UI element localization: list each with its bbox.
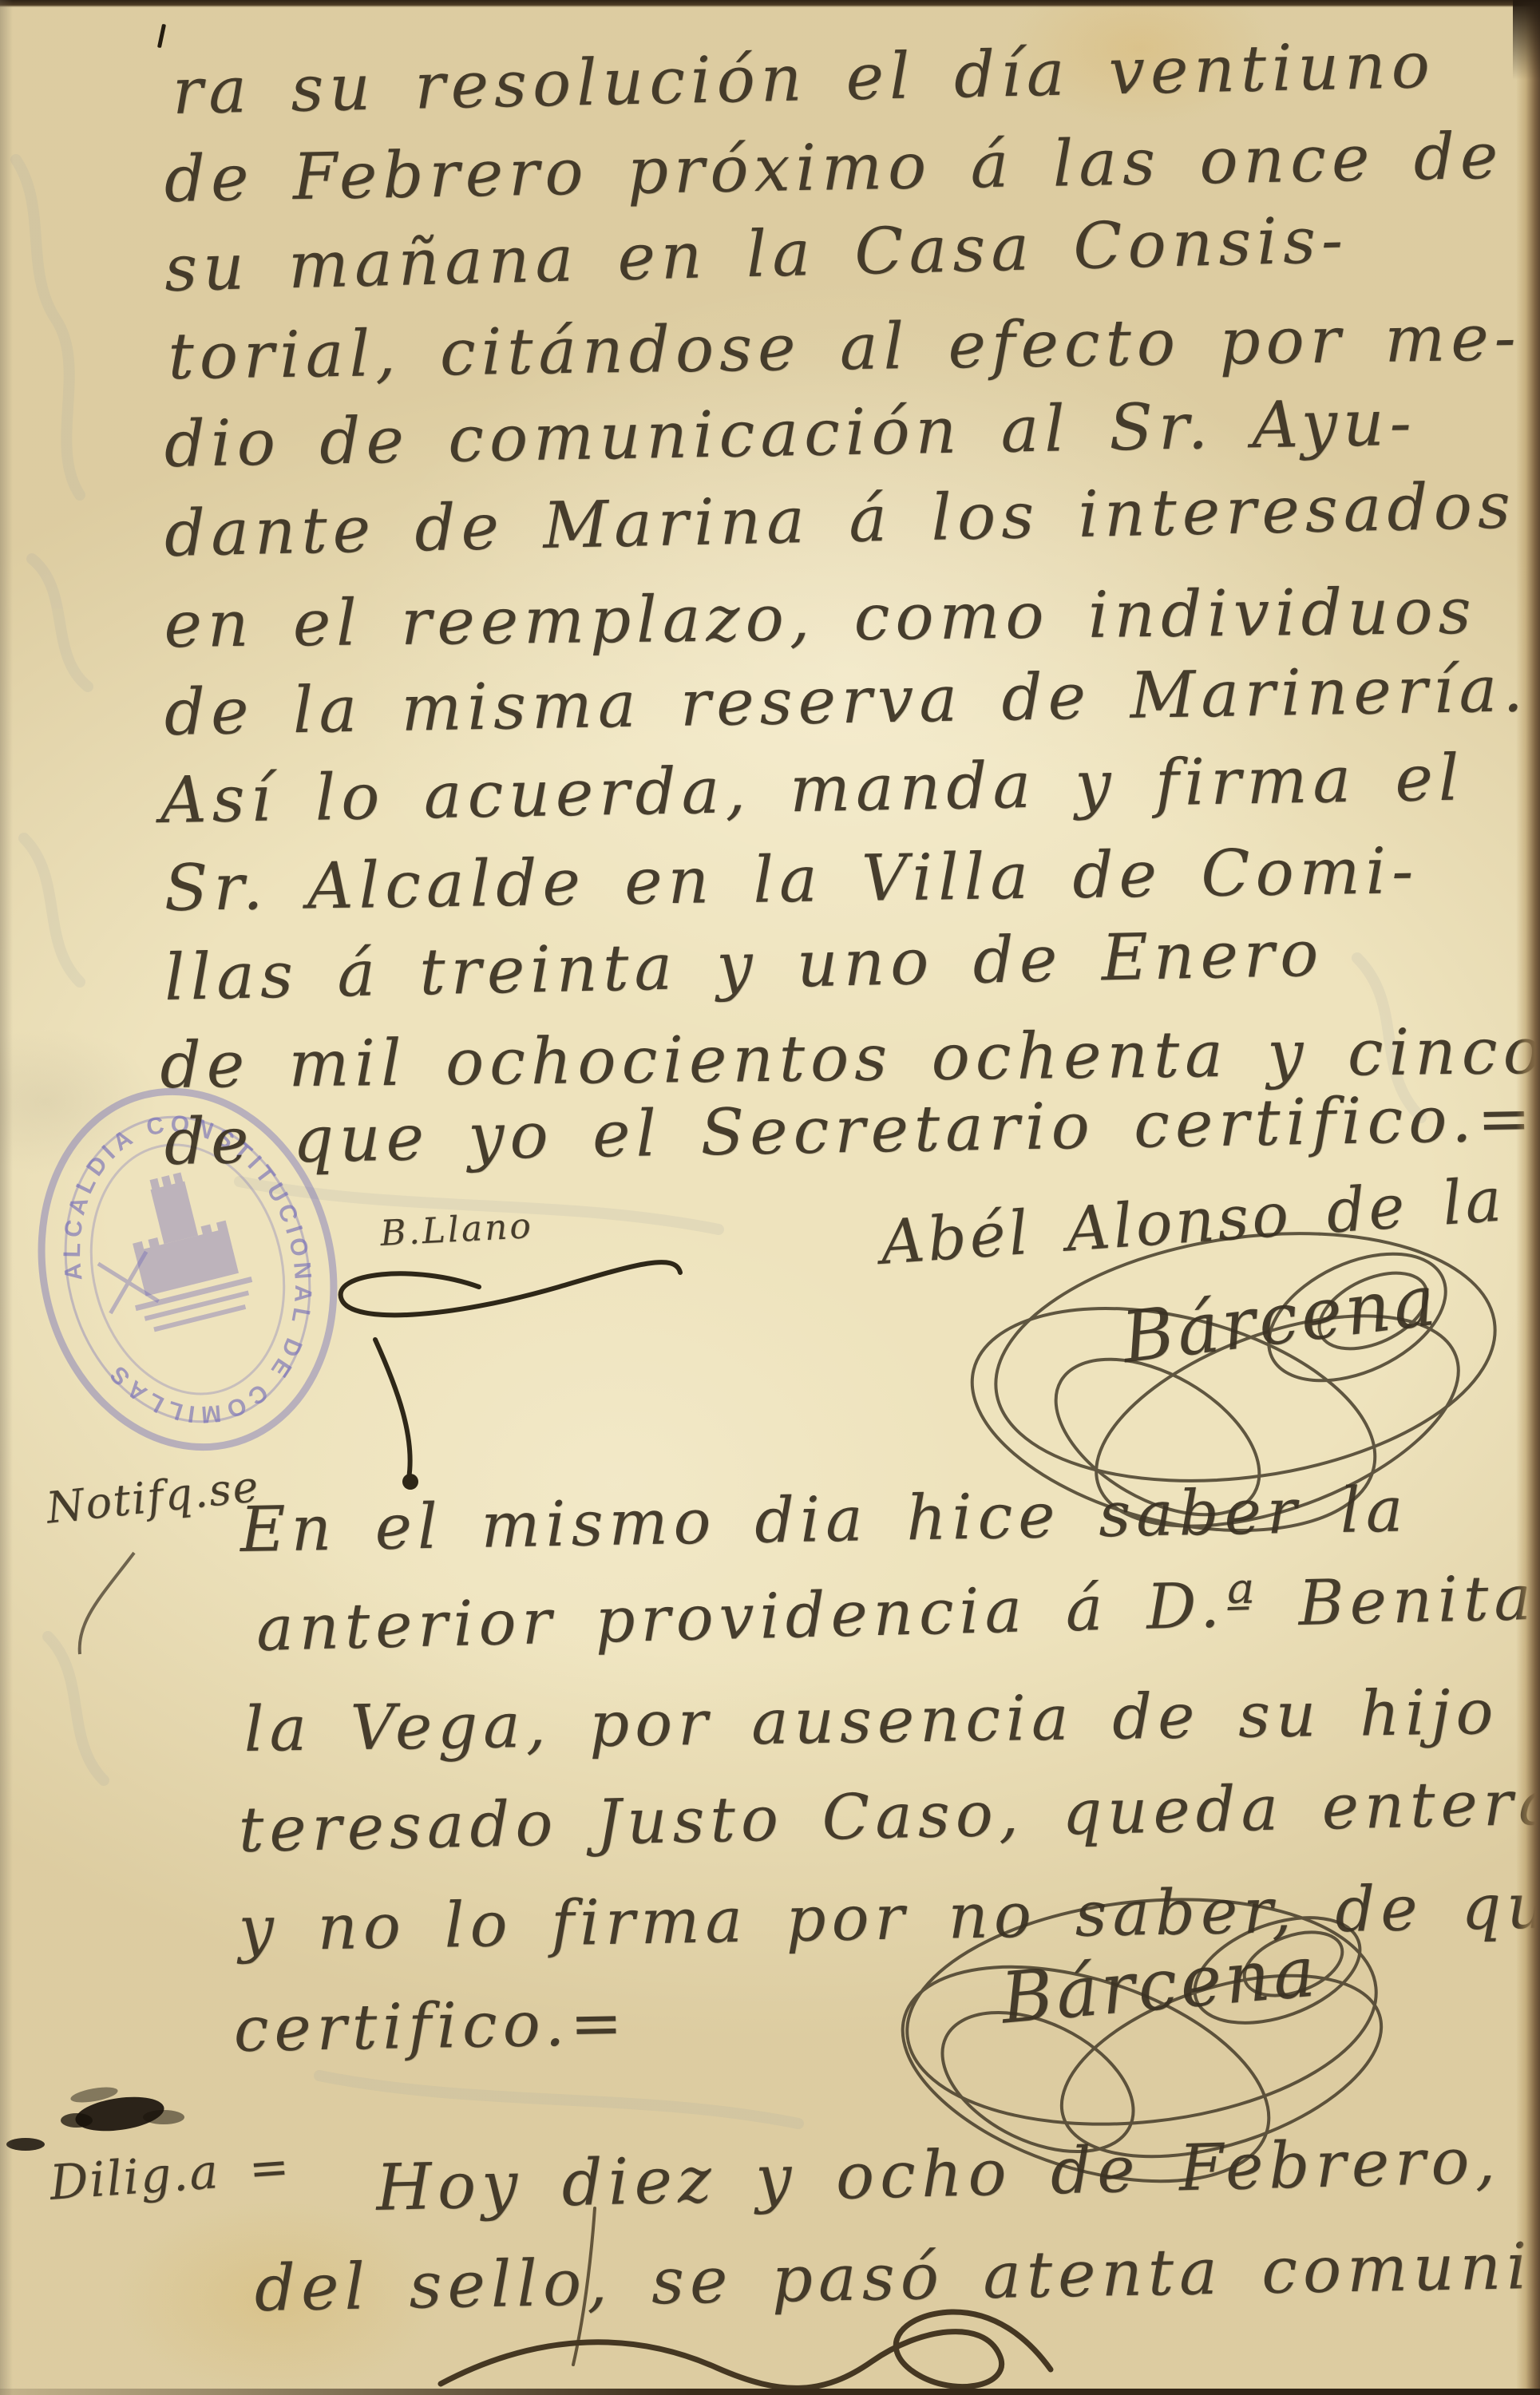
- manuscript-line: Sr. Alcalde en la Villa de Comi-: [164, 833, 1419, 925]
- manuscript-line: En el mismo dia hice saber la: [240, 1474, 1409, 1566]
- manuscript-line: Así lo acuerda, manda y firma el: [160, 740, 1465, 837]
- page-edge-bottom: [0, 2389, 1540, 2395]
- diligencia-margin-label: Dilig.a =: [48, 2139, 292, 2211]
- stamp-cross-strokes: [98, 1252, 159, 1313]
- page-edge-left: [0, 0, 13, 2395]
- ink-speck: [157, 24, 166, 48]
- manuscript-line: su mañana en la Casa Consis-: [164, 203, 1349, 306]
- secretary-rubric-flourish: [341, 1262, 680, 1490]
- notification-brace: [80, 1553, 134, 1654]
- page-edge-right-top: [1513, 0, 1540, 80]
- notification-margin-label: Notifq.se: [44, 1461, 262, 1534]
- ink-blot: [6, 2084, 184, 2151]
- manuscript-line: dio de comunicación al Sr. Ayu-: [164, 386, 1417, 481]
- manuscript-line: ra su resolución el día ventiuno: [172, 28, 1436, 129]
- manuscript-line: llas á treinta y uno de Enero: [164, 916, 1324, 1015]
- manuscript-line: en el reemplazo, como individuos: [164, 574, 1477, 662]
- page-edge-right: [1516, 0, 1540, 2395]
- stamp-castle-emblem: [106, 1162, 259, 1335]
- manuscript-line: y no lo firma por no saber, de que: [238, 1870, 1540, 1965]
- manuscript-line: de Febrero próximo á las once de: [164, 119, 1504, 216]
- page-edge-top: [0, 0, 1540, 7]
- manuscript-line: teresado Justo Caso, queda enterada: [238, 1765, 1540, 1867]
- manuscript-line: del sello, se pasó atenta comunica-: [254, 2227, 1540, 2326]
- alcalde-signature-surname: Bárcena: [1118, 1259, 1443, 1380]
- secretary-signature: B.Llano: [379, 1205, 534, 1254]
- manuscript-line: certifico.=: [233, 1987, 628, 2066]
- manuscript-line: de la misma reserva de Marinería.: [164, 651, 1529, 750]
- manuscript-line: torial, citándose al efecto por me-: [168, 300, 1522, 394]
- manuscript-line: Hoy diez y ocho de Febrero, año: [375, 2119, 1540, 2225]
- manuscript-line: dante de Marina á los interesados: [164, 469, 1517, 571]
- manuscript-line: anterior providencia á D.ª Benita de: [255, 1559, 1540, 1665]
- manuscript-page: ALCALDIA CONSTITUCIONAL DE COMILLAS: [0, 0, 1540, 2395]
- manuscript-line: la Vega, por ausencia de su hijo el in-: [243, 1673, 1540, 1766]
